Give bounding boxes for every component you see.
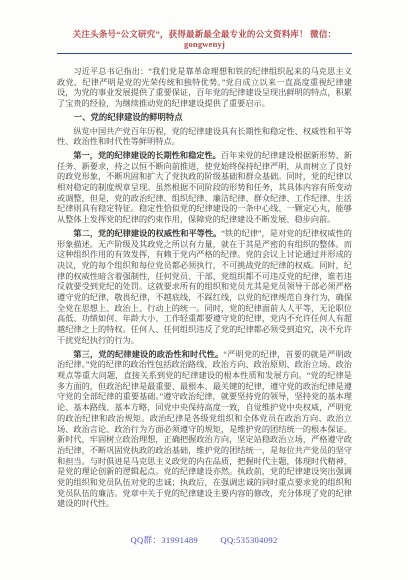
section-intro-paragraph: 纵览中国共产党百年历程，党的纪律建设具有长期性和稳定性、权威性和平等性、政治性和… — [57, 127, 352, 148]
document-page: 关注头条号“公文研究”，获得最新最全最专业的公文资料库！ 微信：gongweny… — [0, 0, 408, 580]
page-footer: QQ群：31991489 QQ:535304092 — [0, 534, 408, 546]
section-heading: 一、党的纪律建设的鲜明特点 — [57, 113, 352, 124]
point-1-lead: 第一，党的纪律建设的长期性和稳定性。 — [73, 151, 221, 160]
point-2-text: “铁的纪律”，是对党的纪律权威性的形象描述。无产阶级及其政党之所以有力量，就在于… — [57, 229, 352, 345]
document-body: 习近平总书记指出：“我们党是靠革命理想和铁的纪律组织起来的马克思主义政党，纪律严… — [57, 67, 352, 510]
point-paragraph-1: 第一，党的纪律建设的长期性和稳定性。百年来党的纪律建设根据新形势、新任务、新要求… — [57, 151, 352, 226]
header-notice-text: 关注头条号“公文研究”，获得最新最全最专业的公文资料库！ 微信：gongweny… — [73, 29, 337, 49]
point-2-lead: 第二，党的纪律建设的权威性和平等性。 — [73, 229, 221, 238]
header-banner: 关注头条号“公文研究”，获得最新最全最专业的公文资料库！ 微信：gongweny… — [57, 29, 352, 54]
point-paragraph-3: 第三，党的纪律建设的政治性和时代性。“严明党的纪律，首要的就是严明政治纪律。”党… — [57, 350, 352, 511]
qq-group-label: QQ群：31991489 — [130, 535, 198, 545]
point-3-lead: 第三，党的纪律建设的政治性和时代性。 — [73, 350, 223, 359]
point-1-text: 百年来党的纪律建设根据新形势、新任务、新要求，持之以恒不断向前推进，使党始终保持… — [57, 151, 352, 224]
qq-label: QQ:535304092 — [220, 535, 277, 545]
point-paragraph-2: 第二，党的纪律建设的权威性和平等性。“铁的纪律”，是对党的纪律权威性的形象描述。… — [57, 229, 352, 347]
intro-paragraph: 习近平总书记指出：“我们党是靠革命理想和铁的纪律组织起来的马克思主义政党，纪律严… — [57, 67, 352, 110]
point-3-text: “严明党的纪律，首要的就是严明政治纪律。”党的纪律的政治性包括政治路线、政治方向… — [57, 350, 352, 509]
